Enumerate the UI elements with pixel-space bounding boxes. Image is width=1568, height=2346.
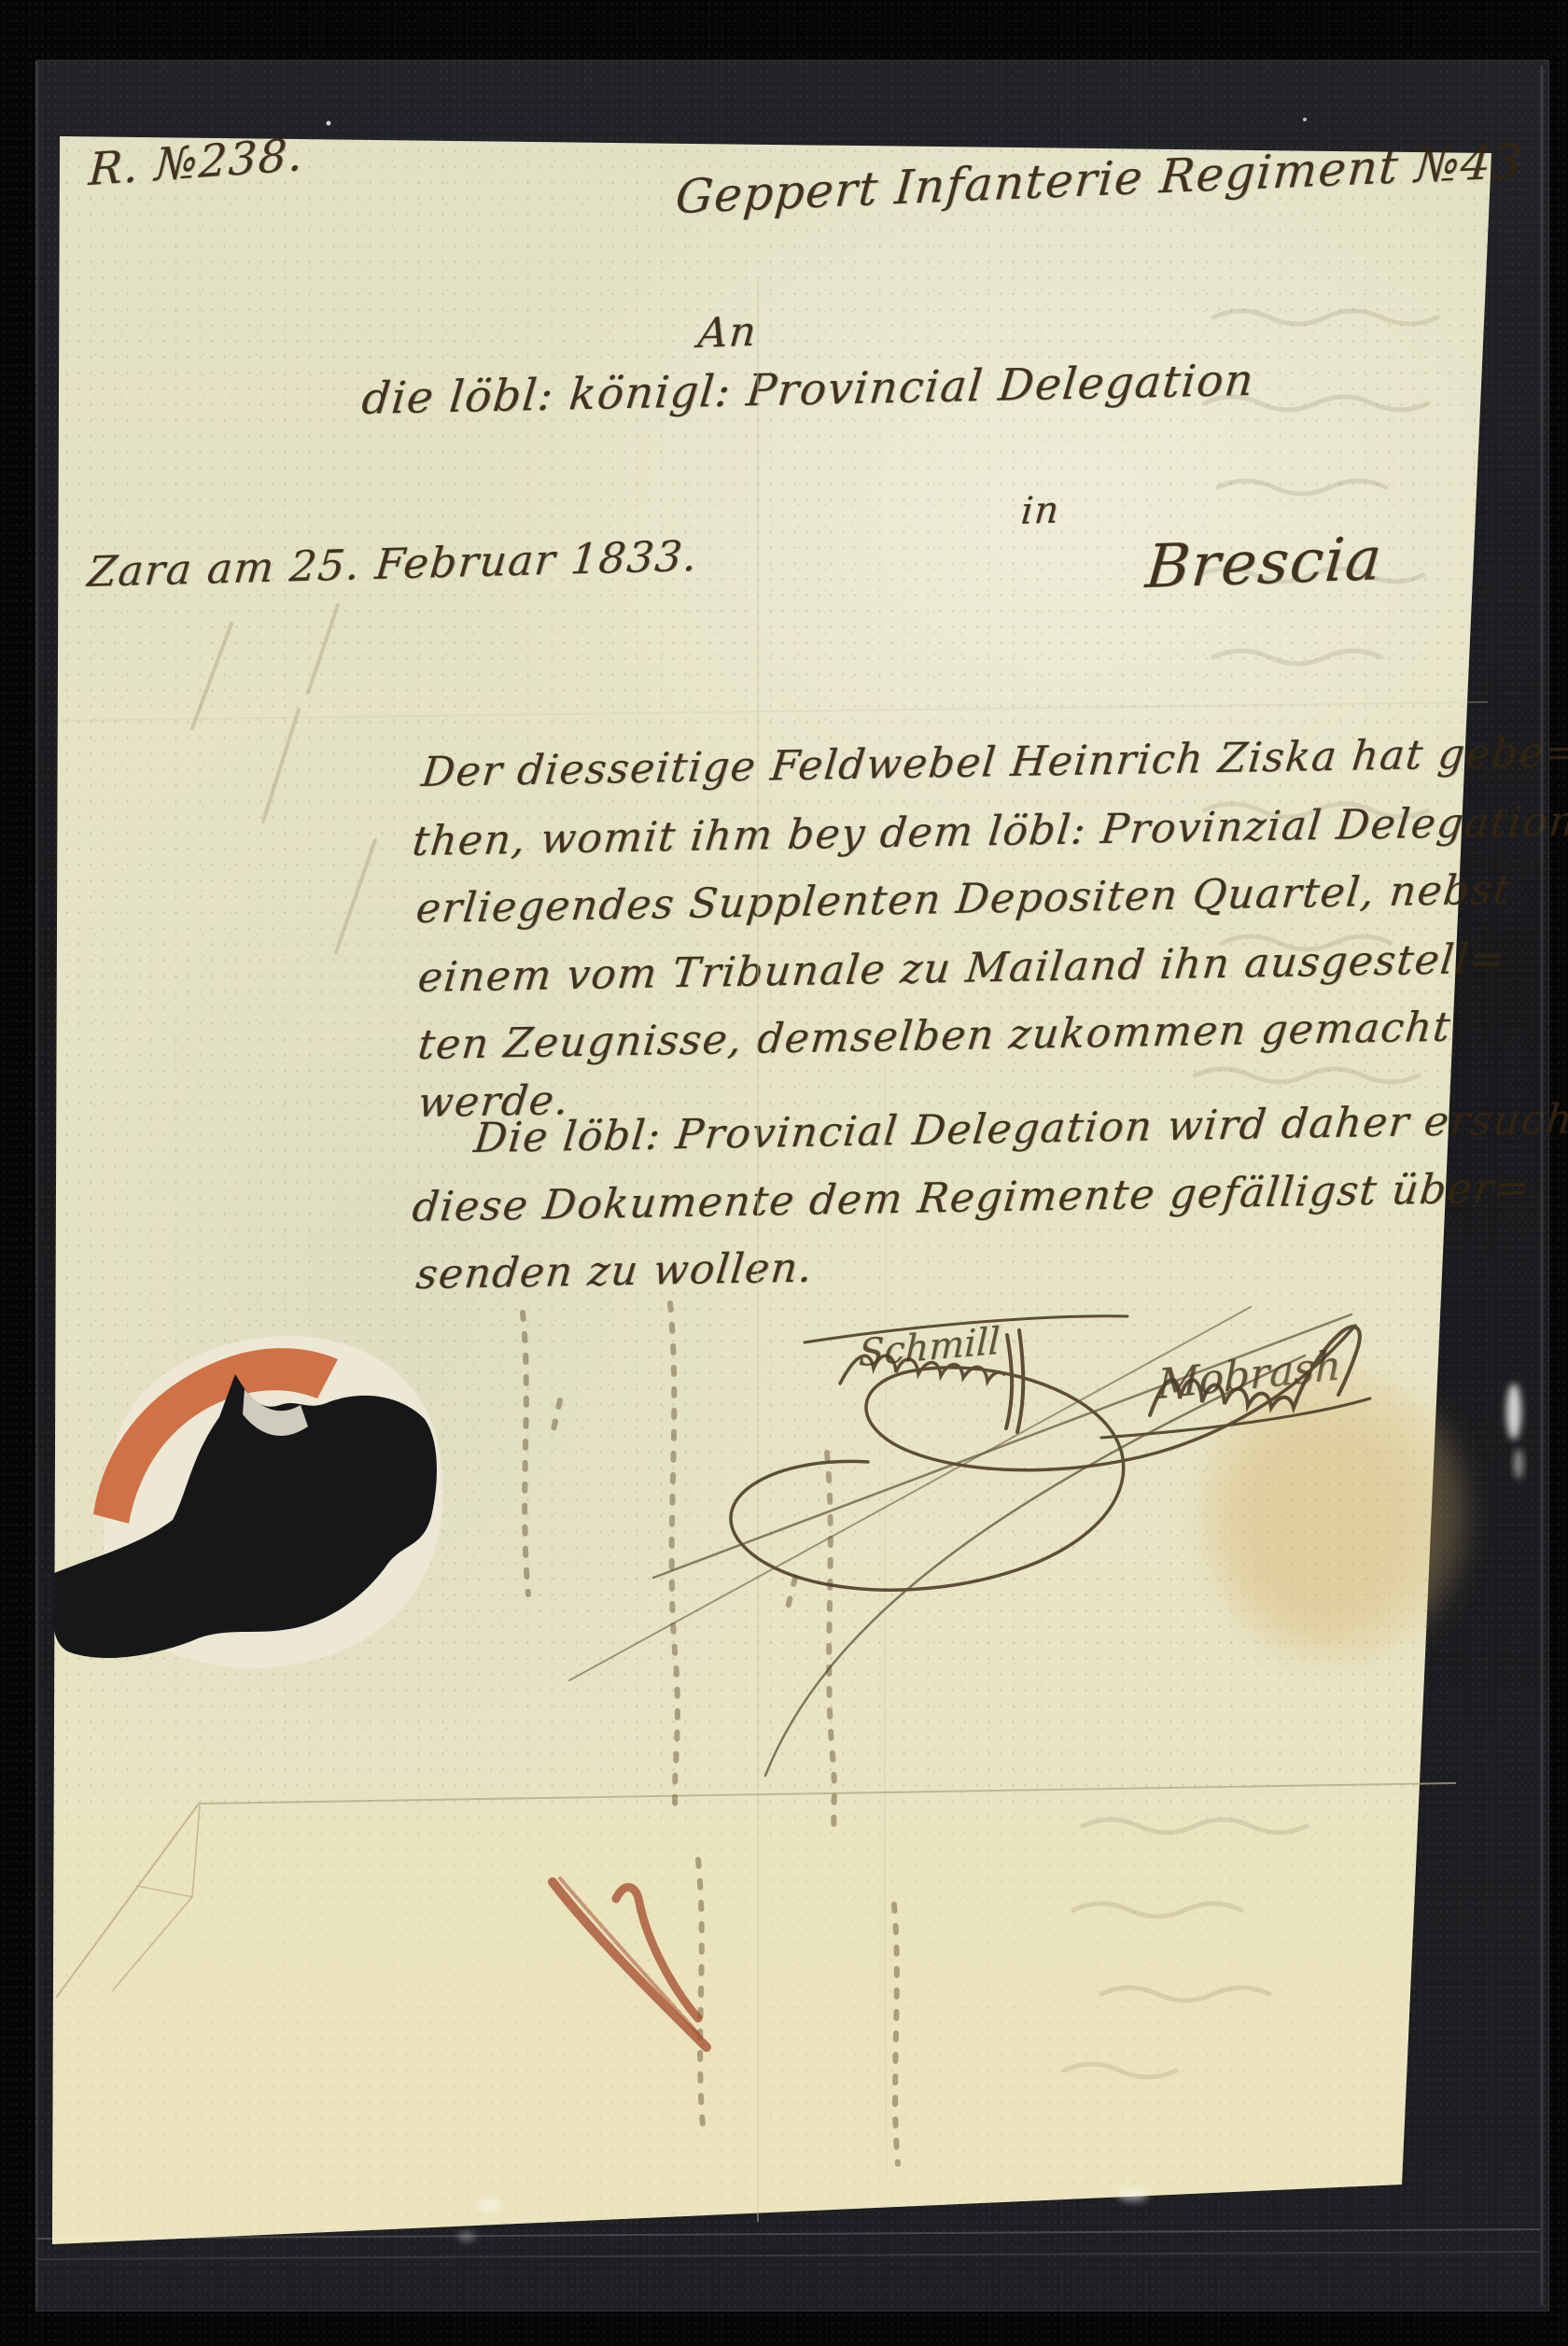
address-city: Brescia [1143, 529, 1385, 597]
address-an: An [696, 312, 759, 355]
address-in: in [1019, 491, 1061, 530]
paper-fold-flap [0, 1779, 1568, 2246]
body-line: senden zu wollen. [414, 1248, 816, 1297]
photo-background: R. №238. Geppert Infanterie Regiment №43… [0, 0, 1568, 2346]
